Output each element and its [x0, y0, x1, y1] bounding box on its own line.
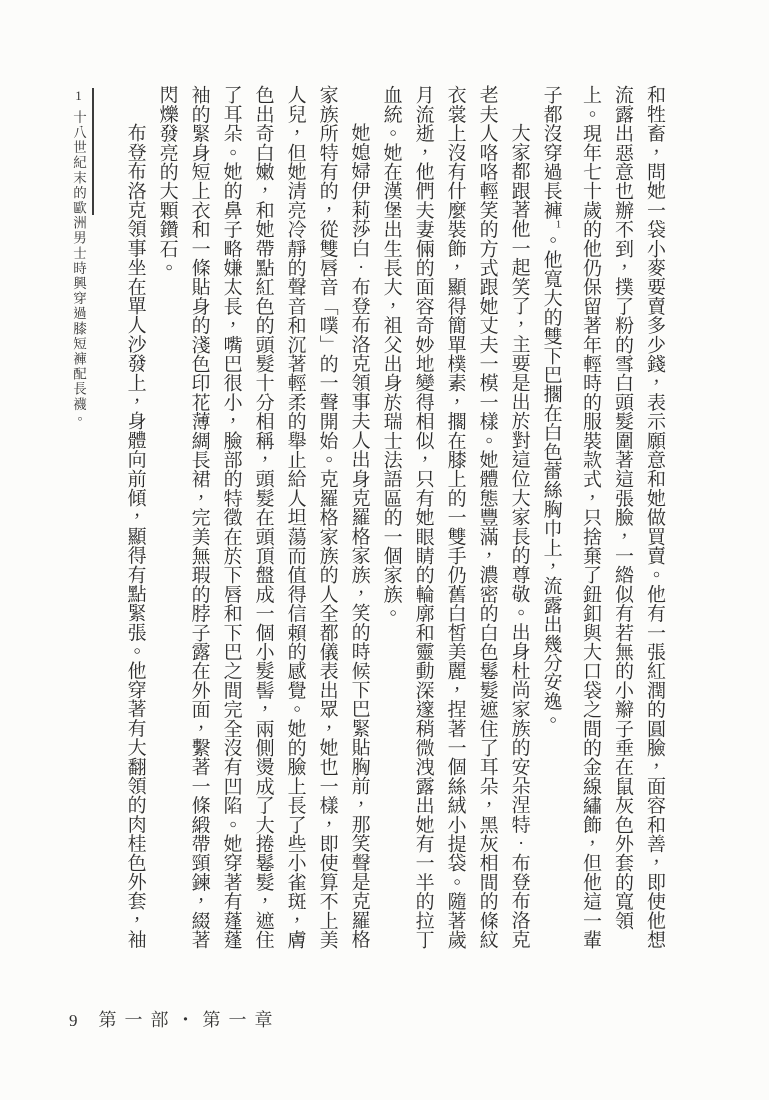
book-page: 和牲畜，問她一袋小麥要賣多少錢，表示願意和她做買賣。他有一張紅潤的圓臉，面容和善…	[0, 0, 769, 1100]
footnote: 1十八世紀末的歐洲男士時興穿過膝短褲配長襪。	[63, 88, 93, 448]
paragraph: 大家都跟著他一起笑了，主要是出於對這位大家長的尊敬。出身杜尚家族的安朵涅特．布登…	[375, 85, 535, 953]
body-text-block: 和牲畜，問她一袋小麥要賣多少錢，表示願意和她做買賣。他有一張紅潤的圓臉，面容和善…	[126, 85, 670, 953]
paragraph: 她媳婦伊莉莎白．布登布洛克領事夫人出身克羅格家族，笑的時候下巴緊貼胸前，那笑聲是…	[151, 85, 375, 953]
footnote-text: 十八世紀末的歐洲男士時興穿過膝短褲配長襪。	[71, 110, 86, 427]
paragraph-text: 。他寬大的雙下巴擱在白色蕾絲胸巾上，流露出幾分安逸。	[541, 230, 562, 729]
page-number: 9	[69, 1011, 78, 1031]
page-footer: 9 第一部・第一章	[69, 1006, 281, 1032]
footnote-reference: 1	[553, 219, 564, 230]
paragraph: 和牲畜，問她一袋小麥要賣多少錢，表示願意和她做買賣。他有一張紅潤的圓臉，面容和善…	[535, 85, 670, 953]
footnote-number: 1	[71, 88, 86, 103]
chapter-title: 第一部・第一章	[99, 1006, 281, 1032]
paragraph: 布登布洛克領事坐在單人沙發上，身體向前傾，顯得有點緊張。他穿著有大翻領的肉桂色外…	[119, 85, 151, 953]
